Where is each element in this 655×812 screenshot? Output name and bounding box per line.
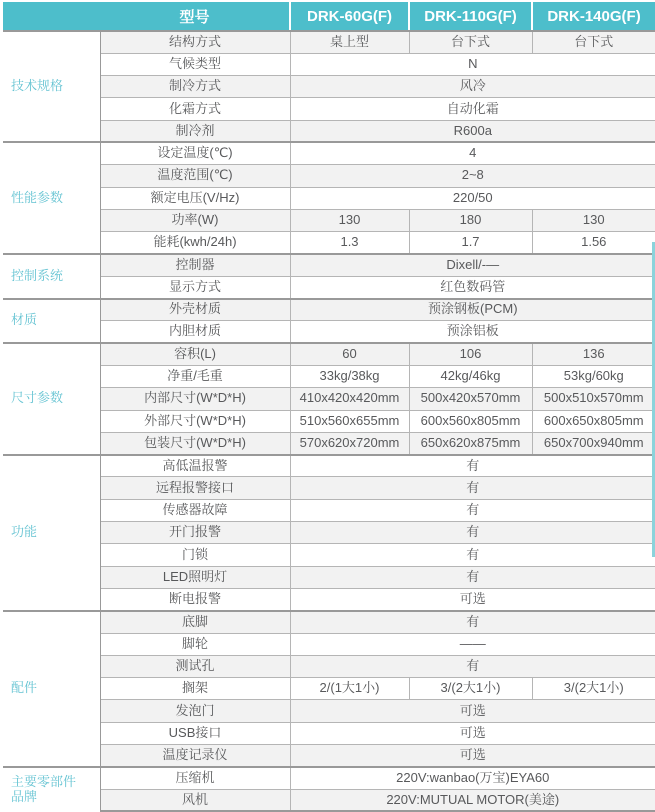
spec-value-cell: 可选 [290, 700, 655, 722]
table-row: 断电报警可选 [3, 588, 655, 610]
category-label: 控制系统 [11, 269, 63, 284]
spec-value-cell: 1.3 [290, 232, 409, 254]
spec-label-cell: 门锁 [100, 544, 290, 566]
category-cell: 材质 [3, 299, 100, 344]
spec-table: 型号 DRK-60G(F)DRK-110G(F)DRK-140G(F) 技术规格… [3, 2, 655, 812]
spec-value-cell: 600x650x805mm [532, 410, 655, 432]
category-cell: 配件 [3, 611, 100, 767]
spec-label-cell: 制冷方式 [100, 76, 290, 98]
table-row: 包装尺寸(W*D*H)570x620x720mm650x620x875mm650… [3, 432, 655, 454]
spec-value-cell: 3/(2大1小) [532, 678, 655, 700]
spec-value-cell: 红色数码管 [290, 276, 655, 298]
table-row: 气候类型N [3, 53, 655, 75]
spec-label-cell: 内胆材质 [100, 321, 290, 343]
category-label: 配件 [11, 681, 37, 696]
header-row: 型号 DRK-60G(F)DRK-110G(F)DRK-140G(F) [3, 2, 655, 31]
spec-label-cell: 容积(L) [100, 343, 290, 365]
table-row: 门锁有 [3, 544, 655, 566]
spec-label-cell: 搁架 [100, 678, 290, 700]
category-label: 功能 [11, 525, 37, 540]
spec-value-cell: 220/50 [290, 187, 655, 209]
table-row: 功率(W)130180130 [3, 209, 655, 231]
spec-value-cell: 136 [532, 343, 655, 365]
spec-label-cell: 发泡门 [100, 700, 290, 722]
spec-value-cell: 有 [290, 544, 655, 566]
spec-value-cell: 1.56 [532, 232, 655, 254]
table-row: 制冷方式风冷 [3, 76, 655, 98]
spec-value-cell: 可选 [290, 745, 655, 767]
table-row: 脚轮—— [3, 633, 655, 655]
spec-value-cell: 有 [290, 655, 655, 677]
spec-value-cell: 台下式 [532, 31, 655, 53]
spec-label-cell: 设定温度(℃) [100, 142, 290, 164]
spec-label-cell: 远程报警接口 [100, 477, 290, 499]
spec-label-cell: LED照明灯 [100, 566, 290, 588]
table-row: 材质外壳材质预涂钢板(PCM) [3, 299, 655, 321]
table-row: 温度记录仪可选 [3, 745, 655, 767]
spec-value-cell: 有 [290, 522, 655, 544]
category-cell: 技术规格 [3, 31, 100, 142]
table-row: 测试孔有 [3, 655, 655, 677]
spec-value-cell: 42kg/46kg [409, 365, 532, 387]
spec-value-cell: 500x510x570mm [532, 388, 655, 410]
spec-label-cell: 测试孔 [100, 655, 290, 677]
spec-value-cell: 有 [290, 477, 655, 499]
table-row: 显示方式红色数码管 [3, 276, 655, 298]
category-cell: 功能 [3, 455, 100, 611]
spec-value-cell: 桌上型 [290, 31, 409, 53]
spec-value-cell: 可选 [290, 722, 655, 744]
spec-value-cell: 130 [290, 209, 409, 231]
spec-value-cell: 预涂钢板(PCM) [290, 299, 655, 321]
table-row: 功能高低温报警有 [3, 455, 655, 477]
spec-label-cell: 外壳材质 [100, 299, 290, 321]
spec-value-cell: 4 [290, 142, 655, 164]
spec-value-cell: 53kg/60kg [532, 365, 655, 387]
table-row: 尺寸参数容积(L)60106136 [3, 343, 655, 365]
model-header: DRK-60G(F) [290, 2, 409, 31]
table-row: 性能参数设定温度(℃)4 [3, 142, 655, 164]
spec-sheet: 型号 DRK-60G(F)DRK-110G(F)DRK-140G(F) 技术规格… [3, 2, 655, 812]
category-cell: 主要零部件品牌 [3, 767, 100, 812]
spec-label-cell: 显示方式 [100, 276, 290, 298]
spec-value-cell: 220V:MUTUAL MOTOR(美途) [290, 789, 655, 811]
spec-label-cell: 风机 [100, 789, 290, 811]
table-row: 净重/毛重33kg/38kg42kg/46kg53kg/60kg [3, 365, 655, 387]
table-row: 制冷剂R600a [3, 120, 655, 142]
spec-label-cell: 内部尺寸(W*D*H) [100, 388, 290, 410]
spec-value-cell: 650x620x875mm [409, 432, 532, 454]
table-row: 外部尺寸(W*D*H)510x560x655mm600x560x805mm600… [3, 410, 655, 432]
table-row: 技术规格结构方式桌上型台下式台下式 [3, 31, 655, 53]
table-row: LED照明灯有 [3, 566, 655, 588]
spec-label-cell: 压缩机 [100, 767, 290, 789]
table-row: 开门报警有 [3, 522, 655, 544]
table-row: 温度范围(℃)2~8 [3, 165, 655, 187]
spec-value-cell: 预涂铝板 [290, 321, 655, 343]
spec-value-cell: 2~8 [290, 165, 655, 187]
spec-value-cell: 180 [409, 209, 532, 231]
model-header: DRK-110G(F) [409, 2, 532, 31]
table-row: 搁架2/(1大1小)3/(2大1小)3/(2大1小) [3, 678, 655, 700]
spec-label-cell: 净重/毛重 [100, 365, 290, 387]
category-label: 主要零部件品牌 [11, 775, 83, 805]
table-row: 内胆材质预涂铝板 [3, 321, 655, 343]
category-label: 技术规格 [11, 79, 63, 94]
spec-label-cell: 脚轮 [100, 633, 290, 655]
spec-label-cell: 制冷剂 [100, 120, 290, 142]
spec-label-cell: 额定电压(V/Hz) [100, 187, 290, 209]
table-row: 控制系统控制器Dixell/-— [3, 254, 655, 276]
spec-label-cell: 高低温报警 [100, 455, 290, 477]
spec-value-cell: 60 [290, 343, 409, 365]
spec-value-cell: 220V:wanbao(万宝)EYA60 [290, 767, 655, 789]
spec-label-cell: 化霜方式 [100, 98, 290, 120]
spec-label-cell: 底脚 [100, 611, 290, 633]
spec-value-cell: —— [290, 633, 655, 655]
spec-value-cell: 2/(1大1小) [290, 678, 409, 700]
category-cell: 尺寸参数 [3, 343, 100, 454]
category-cell: 性能参数 [3, 142, 100, 253]
table-row: 风机220V:MUTUAL MOTOR(美途) [3, 789, 655, 811]
spec-value-cell: 1.7 [409, 232, 532, 254]
spec-value-cell: 410x420x420mm [290, 388, 409, 410]
spec-value-cell: 3/(2大1小) [409, 678, 532, 700]
category-label: 性能参数 [11, 191, 63, 206]
spec-value-cell: 650x700x940mm [532, 432, 655, 454]
spec-value-cell: R600a [290, 120, 655, 142]
category-label: 尺寸参数 [11, 391, 63, 406]
table-row: 传感器故障有 [3, 499, 655, 521]
category-label: 材质 [11, 313, 37, 328]
spec-value-cell: 可选 [290, 588, 655, 610]
table-row: 配件底脚有 [3, 611, 655, 633]
spec-value-cell: 风冷 [290, 76, 655, 98]
table-row: USB接口可选 [3, 722, 655, 744]
spec-value-cell: 台下式 [409, 31, 532, 53]
model-column-label: 型号 [3, 2, 290, 31]
spec-value-cell: N [290, 53, 655, 75]
table-row: 额定电压(V/Hz)220/50 [3, 187, 655, 209]
table-row: 内部尺寸(W*D*H)410x420x420mm500x420x570mm500… [3, 388, 655, 410]
table-row: 化霜方式自动化霜 [3, 98, 655, 120]
model-header: DRK-140G(F) [532, 2, 655, 31]
spec-value-cell: 510x560x655mm [290, 410, 409, 432]
spec-label-cell: USB接口 [100, 722, 290, 744]
spec-label-cell: 断电报警 [100, 588, 290, 610]
spec-label-cell: 能耗(kwh/24h) [100, 232, 290, 254]
spec-label-cell: 开门报警 [100, 522, 290, 544]
spec-value-cell: 130 [532, 209, 655, 231]
table-row: 能耗(kwh/24h)1.31.71.56 [3, 232, 655, 254]
spec-value-cell: Dixell/-— [290, 254, 655, 276]
spec-label-cell: 包装尺寸(W*D*H) [100, 432, 290, 454]
table-row: 远程报警接口有 [3, 477, 655, 499]
spec-value-cell: 570x620x720mm [290, 432, 409, 454]
spec-label-cell: 温度范围(℃) [100, 165, 290, 187]
spec-label-cell: 气候类型 [100, 53, 290, 75]
category-cell: 控制系统 [3, 254, 100, 299]
spec-value-cell: 自动化霜 [290, 98, 655, 120]
spec-value-cell: 有 [290, 499, 655, 521]
spec-value-cell: 有 [290, 566, 655, 588]
spec-table-body: 技术规格结构方式桌上型台下式台下式气候类型N制冷方式风冷化霜方式自动化霜制冷剂R… [3, 31, 655, 811]
spec-label-cell: 外部尺寸(W*D*H) [100, 410, 290, 432]
table-row: 发泡门可选 [3, 700, 655, 722]
spec-label-cell: 控制器 [100, 254, 290, 276]
table-row: 主要零部件品牌压缩机220V:wanbao(万宝)EYA60 [3, 767, 655, 789]
spec-value-cell: 500x420x570mm [409, 388, 532, 410]
spec-value-cell: 600x560x805mm [409, 410, 532, 432]
spec-value-cell: 33kg/38kg [290, 365, 409, 387]
spec-label-cell: 传感器故障 [100, 499, 290, 521]
spec-label-cell: 功率(W) [100, 209, 290, 231]
spec-value-cell: 有 [290, 455, 655, 477]
spec-value-cell: 有 [290, 611, 655, 633]
spec-label-cell: 温度记录仪 [100, 745, 290, 767]
spec-value-cell: 106 [409, 343, 532, 365]
spec-label-cell: 结构方式 [100, 31, 290, 53]
